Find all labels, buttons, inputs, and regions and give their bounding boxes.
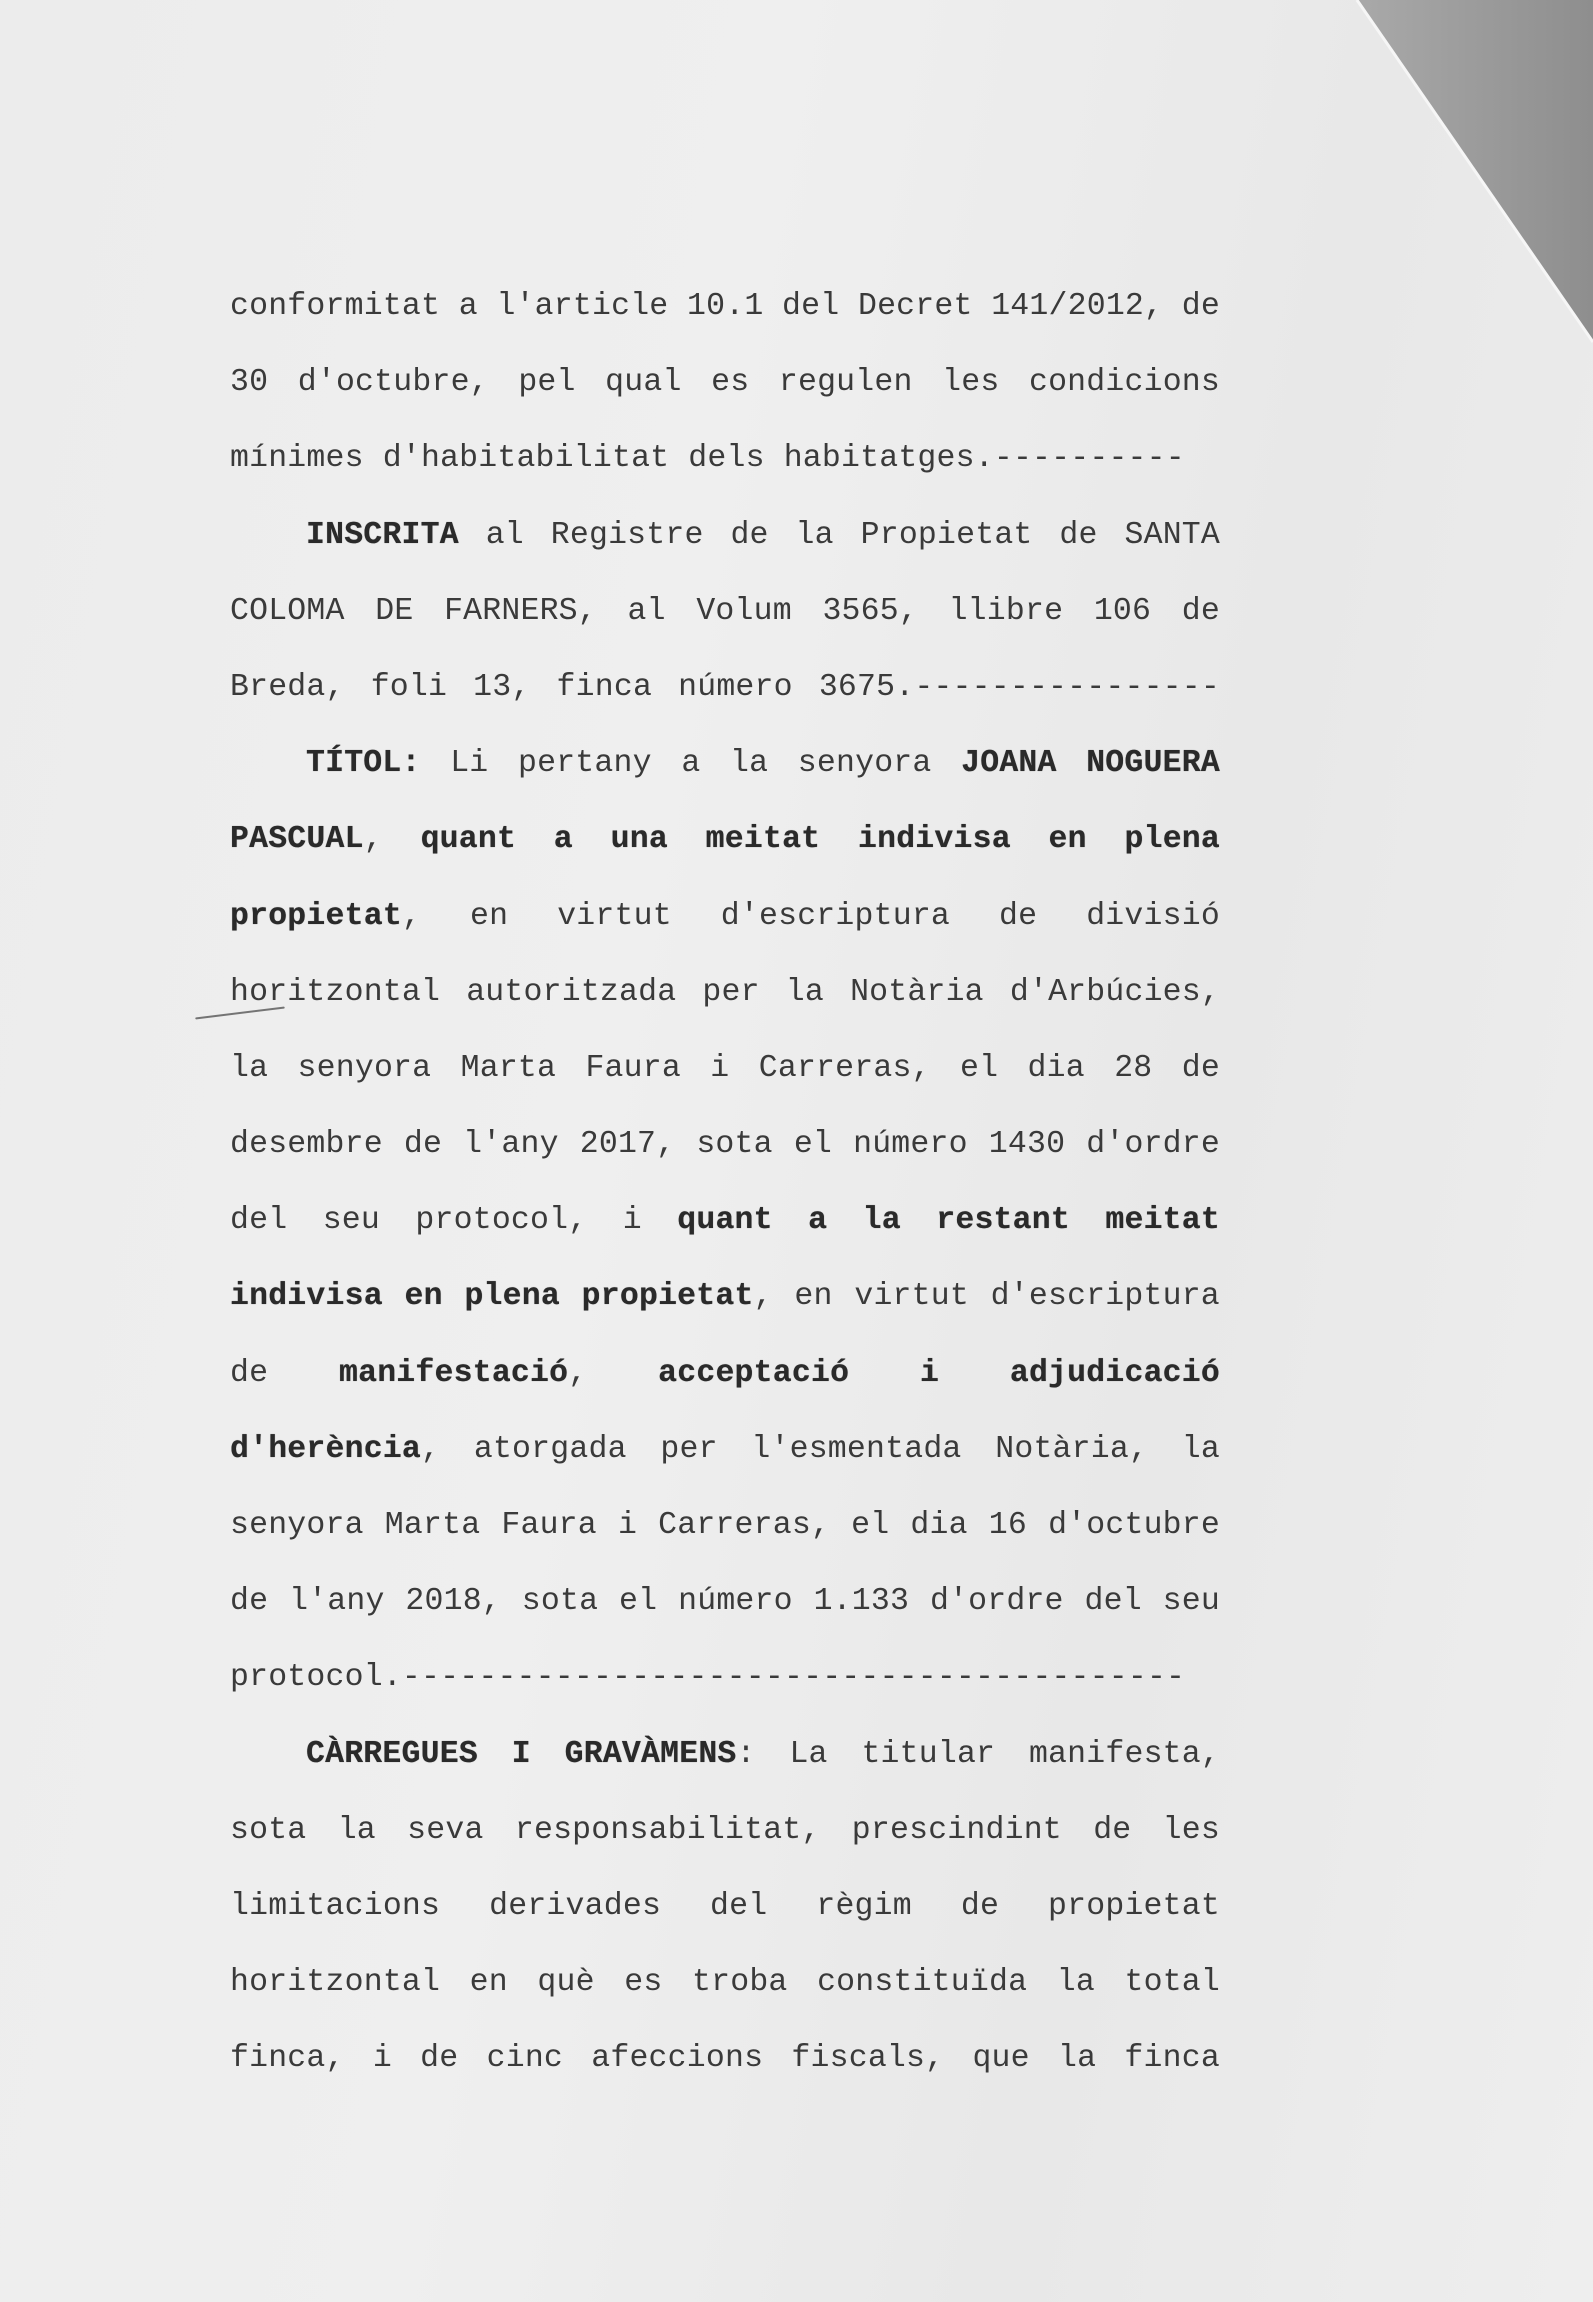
word: atorgada — [474, 1425, 627, 1501]
word: Faura — [585, 1044, 681, 1120]
word: finca — [557, 663, 653, 739]
word: meitat — [706, 815, 821, 891]
text-line: limitacionsderivadesdelrègimdepropietat — [230, 1882, 1220, 1958]
word: de — [230, 1577, 268, 1653]
word: l'any — [463, 1120, 559, 1196]
word: de — [961, 1882, 999, 1958]
word: de — [999, 892, 1037, 968]
text-line: delseuprotocol,iquantalarestantmeitat — [230, 1196, 1220, 1272]
word: conformitat — [230, 282, 440, 358]
word: sota — [522, 1577, 598, 1653]
word: de — [1182, 1044, 1220, 1120]
word: quant — [421, 815, 517, 891]
word: i — [373, 2034, 392, 2110]
word: que — [972, 2034, 1029, 2110]
word: senyora — [230, 1501, 364, 1577]
word: Propietat — [861, 511, 1033, 587]
word: Notària, — [995, 1425, 1148, 1501]
word: seu — [323, 1196, 380, 1272]
word: al — [628, 587, 666, 663]
word: responsabilitat, — [515, 1806, 821, 1882]
word: troba — [692, 1958, 788, 2034]
word: COLOMA — [230, 587, 345, 663]
word: Marta — [385, 1501, 481, 1577]
word: protocol, — [415, 1196, 587, 1272]
word: divisió — [1086, 892, 1220, 968]
word: i — [623, 1196, 642, 1272]
word: desembre — [230, 1120, 383, 1196]
word: a — [554, 815, 573, 891]
text-line: horitzontalenquèestrobaconstituïdalatota… — [230, 1958, 1220, 2034]
text-line: mínimesd'habitabilitatdelshabitatges.---… — [230, 434, 1220, 510]
word: La — [789, 1730, 827, 1806]
word: les — [1163, 1806, 1220, 1882]
word: 141/2012, — [991, 282, 1163, 358]
text-line: protocol.-------------------------------… — [230, 1653, 1220, 1729]
word: d'octubre, — [298, 358, 489, 434]
word: total — [1124, 1958, 1220, 2034]
word: 30 — [230, 358, 268, 434]
word: SANTA — [1124, 511, 1220, 587]
word: condicions — [1029, 358, 1220, 434]
word: Li — [450, 739, 488, 815]
text-line: propietat,envirtutd'escripturadedivisió — [230, 892, 1220, 968]
word: autoritzada — [466, 968, 676, 1044]
word: 28 — [1114, 1044, 1152, 1120]
word: 16 — [989, 1501, 1027, 1577]
word: 2017, — [580, 1120, 676, 1196]
word: l'esmentada — [751, 1425, 961, 1501]
word: dels — [688, 434, 764, 510]
word: i — [618, 1501, 637, 1577]
word: d'ordre — [930, 1577, 1064, 1653]
word: de — [404, 1120, 442, 1196]
word: per — [702, 968, 759, 1044]
word: règim — [816, 1882, 912, 1958]
text-line: lasenyoraMartaFauraiCarreras,eldia28de — [230, 1044, 1220, 1120]
paragraph-titol: TÍTOL:LipertanyalasenyoraJOANANOGUERAPAS… — [230, 739, 1220, 1729]
word: fiscals, — [791, 2034, 944, 2110]
word: les — [942, 358, 999, 434]
word: d'ordre — [1086, 1120, 1220, 1196]
text-line: finca,idecincafeccionsfiscals,quelafinca — [230, 2034, 1220, 2110]
word: manifestació, — [339, 1349, 587, 1425]
word: sota — [230, 1806, 306, 1882]
word: el — [619, 1577, 657, 1653]
text-line: del'any2018,sotaelnúmero1.133d'ordredels… — [230, 1577, 1220, 1653]
word: es — [624, 1958, 662, 2034]
word: sota — [696, 1120, 772, 1196]
word: 13, — [473, 663, 530, 739]
word: quant — [677, 1196, 773, 1272]
word: en — [470, 892, 508, 968]
word: la — [1058, 2034, 1096, 2110]
word: indivisa — [858, 815, 1011, 891]
word: de — [1059, 511, 1097, 587]
word: del — [230, 1196, 287, 1272]
word: 106 — [1094, 587, 1151, 663]
word: I — [512, 1730, 531, 1806]
word: acceptació — [658, 1349, 849, 1425]
word: en — [794, 1272, 832, 1348]
word: constituïda — [817, 1958, 1027, 2034]
word: seu — [1163, 1577, 1220, 1653]
text-line: COLOMADEFARNERS,alVolum3565,llibre106de — [230, 587, 1220, 663]
word: adjudicació — [1010, 1349, 1220, 1425]
word: foli — [371, 663, 447, 739]
word: una — [611, 815, 668, 891]
word: de — [730, 511, 768, 587]
word: d'habitabilitat — [383, 434, 670, 510]
word: GRAVÀMENS: — [565, 1730, 756, 1806]
text-line: CÀRREGUESIGRAVÀMENS:Latitularmanifesta, — [230, 1730, 1220, 1806]
word: Carreras, — [759, 1044, 931, 1120]
word: què — [537, 1958, 594, 2034]
word: de — [1093, 1806, 1131, 1882]
word: Registre — [551, 511, 704, 587]
word: JOANA — [961, 739, 1057, 815]
word: senyora — [798, 739, 932, 815]
word: prescindint — [852, 1806, 1062, 1882]
word: CÀRREGUES — [306, 1730, 478, 1806]
word: la — [796, 511, 834, 587]
word: d'escriptura — [721, 892, 950, 968]
word: DE — [375, 587, 413, 663]
text-line: conformitatal'article10.1delDecret141/20… — [230, 282, 1220, 358]
word: la — [338, 1806, 376, 1882]
word: de — [1182, 282, 1220, 358]
word: del — [1085, 1577, 1142, 1653]
word: TÍTOL: — [306, 739, 421, 815]
word: Breda, — [230, 663, 345, 739]
word: horitzontal — [230, 1958, 440, 2034]
word: dia — [1028, 1044, 1085, 1120]
paragraph-inscrita: INSCRITAalRegistredelaPropietatdeSANTACO… — [230, 511, 1220, 740]
word: en — [470, 1958, 508, 2034]
word: del — [710, 1882, 767, 1958]
word: 1.133 — [814, 1577, 910, 1653]
word: a — [808, 1196, 827, 1272]
word: Carreras, — [658, 1501, 830, 1577]
word: d'escriptura — [991, 1272, 1220, 1348]
word: NOGUERA — [1086, 739, 1220, 815]
word: l'any — [289, 1577, 385, 1653]
word: del — [782, 282, 839, 358]
word: l'article — [496, 282, 668, 358]
word: Decret — [858, 282, 973, 358]
word: llibre — [949, 587, 1064, 663]
word: plena — [1124, 815, 1220, 891]
word: de — [420, 2034, 458, 2110]
word: manifesta, — [1029, 1730, 1220, 1806]
word: pertany — [518, 739, 652, 815]
word: 10.1 — [687, 282, 763, 358]
word: horitzontal — [230, 968, 440, 1044]
word: la — [863, 1196, 901, 1272]
text-line: d'herència,atorgadaperl'esmentadaNotària… — [230, 1425, 1220, 1501]
paragraph-carregues: CÀRREGUESIGRAVÀMENS:Latitularmanifesta,s… — [230, 1730, 1220, 2111]
paragraph-habitabilitat: conformitatal'article10.1delDecret141/20… — [230, 282, 1220, 511]
word: i — [920, 1349, 939, 1425]
word: restant — [936, 1196, 1070, 1272]
word: el — [851, 1501, 889, 1577]
word: número — [678, 663, 793, 739]
word: habitatges.---------- — [784, 434, 1185, 510]
word: dia — [910, 1501, 967, 1577]
text-line: PASCUAL,quantaunameitatindivisaenplena — [230, 815, 1220, 891]
word: a — [681, 739, 700, 815]
text-line: Breda,foli13,fincanúmero3675.-----------… — [230, 663, 1220, 739]
word: de — [1182, 587, 1220, 663]
word: de — [230, 1349, 268, 1425]
word: seva — [407, 1806, 483, 1882]
word: virtut — [854, 1272, 969, 1348]
word: d'Arbúcies, — [1010, 968, 1220, 1044]
text-line: demanifestació,acceptacióiadjudicació — [230, 1349, 1220, 1425]
word: finca — [1124, 2034, 1220, 2110]
word: PASCUAL, — [230, 815, 383, 891]
word: al — [486, 511, 524, 587]
word: en — [1049, 815, 1087, 891]
word: cinc — [487, 2034, 563, 2110]
text-line: INSCRITAalRegistredelaPropietatdeSANTA — [230, 511, 1220, 587]
word: pel — [518, 358, 575, 434]
word: qual — [605, 358, 681, 434]
word: virtut — [557, 892, 672, 968]
word: FARNERS, — [444, 587, 597, 663]
text-line: desembredel'any2017,sotaelnúmero1430d'or… — [230, 1120, 1220, 1196]
word: Marta — [461, 1044, 557, 1120]
word: 3675.---------------- — [819, 663, 1220, 739]
word: protocol.-------------------------------… — [230, 1653, 1185, 1729]
text-line: senyoraMartaFauraiCarreras,eldia16d'octu… — [230, 1501, 1220, 1577]
text-line: 30d'octubre,pelqualesregulenlescondicion… — [230, 358, 1220, 434]
text-line: TÍTOL:LipertanyalasenyoraJOANANOGUERA — [230, 739, 1220, 815]
word: la — [1182, 1425, 1220, 1501]
word: propietat — [1048, 1882, 1220, 1958]
word: 2018, — [405, 1577, 501, 1653]
word: i — [710, 1044, 729, 1120]
word: titular — [861, 1730, 995, 1806]
word: indivisa — [230, 1272, 383, 1348]
text-line: sotalasevaresponsabilitat,prescindintdel… — [230, 1806, 1220, 1882]
word: per — [660, 1425, 717, 1501]
word: senyora — [298, 1044, 432, 1120]
word: Volum — [696, 587, 792, 663]
text-line: horitzontalautoritzadaperlaNotàriad'Arbú… — [230, 968, 1220, 1044]
word: limitacions — [230, 1882, 440, 1958]
word: a — [459, 282, 478, 358]
word: 1430 — [989, 1120, 1065, 1196]
word: Notària — [850, 968, 984, 1044]
text-line: indivisaenplenapropietat,envirtutd'escri… — [230, 1272, 1220, 1348]
word: la — [1057, 1958, 1095, 2034]
word: d'herència, — [230, 1425, 440, 1501]
word: mínimes — [230, 434, 364, 510]
word: propietat, — [582, 1272, 773, 1348]
word: plena — [464, 1272, 560, 1348]
word: el — [794, 1120, 832, 1196]
word: 3565, — [822, 587, 918, 663]
word: d'octubre — [1048, 1501, 1220, 1577]
word: derivades — [489, 1882, 661, 1958]
word: la — [730, 739, 768, 815]
word: número — [853, 1120, 968, 1196]
word: regulen — [779, 358, 913, 434]
word: afeccions — [591, 2034, 763, 2110]
word: número — [678, 1577, 793, 1653]
word: finca, — [230, 2034, 345, 2110]
word: Faura — [501, 1501, 597, 1577]
word: meitat — [1105, 1196, 1220, 1272]
word: la — [230, 1044, 268, 1120]
word: INSCRITA — [306, 511, 459, 587]
word: es — [711, 358, 749, 434]
document-body: conformitatal'article10.1delDecret141/20… — [230, 282, 1220, 2111]
word: la — [786, 968, 824, 1044]
word: en — [405, 1272, 443, 1348]
word: propietat, — [230, 892, 421, 968]
word: el — [960, 1044, 998, 1120]
